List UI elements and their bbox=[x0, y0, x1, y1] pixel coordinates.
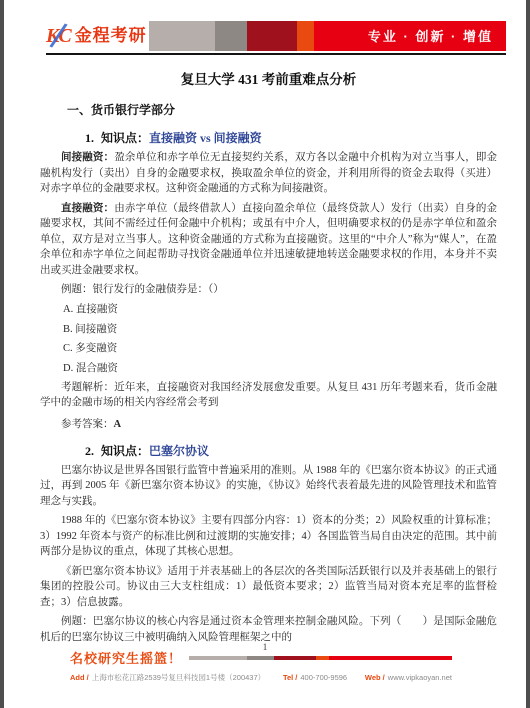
topic-2-title: 巴塞尔协议 bbox=[149, 444, 209, 458]
section-heading: 一、货币银行学部分 bbox=[67, 101, 497, 118]
address-value: 上海市松花江路2539号复旦科技园1号楼（200437） bbox=[92, 673, 265, 682]
footer-brand-row: 名校研究生摇篮！ bbox=[70, 648, 452, 667]
topic-2-paragraph-new-accord: 《新巴塞尔资本协议》适用于并表基础上的各层次的各类国际活跃银行以及并表基础上的银… bbox=[40, 564, 497, 611]
document-title: 复旦大学 431 考前重难点分析 bbox=[40, 68, 497, 88]
term-indirect-financing: 间接融资： bbox=[61, 152, 114, 163]
banner-segment-mid-gray bbox=[215, 21, 247, 51]
option-c: C. 多变融资 bbox=[63, 341, 497, 356]
footer-slogan: 名校研究生摇篮！ bbox=[70, 648, 182, 667]
banner-segment-dark-red bbox=[247, 21, 297, 51]
topic-1-paragraph-direct: 直接融资：由赤字单位（最终借款人）直接向盈余单位（最终贷款人）发行（出卖）自身的… bbox=[40, 201, 497, 279]
topic-2-paragraph-overview: 巴塞尔协议是世界各国银行监管中普遍采用的准则。从 1988 年的《巴塞尔资本协议… bbox=[40, 463, 497, 510]
topic-2-heading: 2.知识点：巴塞尔协议 bbox=[85, 442, 497, 459]
topic-1-label: 知识点： bbox=[101, 131, 149, 145]
option-b: B. 间接融资 bbox=[63, 322, 497, 337]
footer-line-orange bbox=[316, 656, 329, 660]
topic-1-title: 直接融资 vs 间接融资 bbox=[149, 131, 262, 145]
web-value: www.vipkaoyan.net bbox=[388, 673, 452, 682]
footer: 名校研究生摇篮！ Add /上海市松花江路2539号复旦科技园1号楼（20043… bbox=[70, 648, 452, 683]
footer-line-red bbox=[329, 656, 452, 660]
brand-name: 金程考研 bbox=[75, 24, 147, 48]
web-label: Web / bbox=[365, 673, 385, 682]
option-a: A. 直接融资 bbox=[63, 302, 497, 317]
topic-2-example-question: 例题：巴塞尔协议的核心内容是通过资本金管理来控制金融风险。下列（ ）是国际金融危… bbox=[40, 614, 497, 645]
tel-value: 400-700-9596 bbox=[300, 673, 347, 682]
topic-2-label: 知识点： bbox=[101, 444, 149, 458]
footer-divider-line bbox=[189, 656, 452, 660]
topic-1-heading: 1.知识点：直接融资 vs 间接融资 bbox=[85, 129, 497, 146]
term-direct-financing: 直接融资： bbox=[61, 203, 114, 214]
brand-logo: KC 金程考研 bbox=[46, 24, 147, 48]
header-slogan: 专业 · 创新 · 增值 bbox=[368, 26, 493, 45]
banner-segment-light-gray bbox=[149, 21, 215, 51]
footer-contact-row: Add /上海市松花江路2539号复旦科技园1号楼（200437） Tel /4… bbox=[70, 673, 452, 683]
document-body: 复旦大学 431 考前重难点分析 一、货币银行学部分 1.知识点：直接融资 vs… bbox=[0, 68, 530, 645]
topic-2-paragraph-1988: 1988 年的《巴塞尔资本协议》主要有四部分内容：1）资本的分类；2）风险权重的… bbox=[40, 513, 497, 560]
topic-1-analysis: 考题解析：近年来，直接融资对我国经济发展愈发重要。从复旦 431 历年考题来看，… bbox=[40, 380, 497, 411]
topic-1-answer: 参考答案：A bbox=[40, 416, 497, 431]
address-label: Add / bbox=[70, 673, 89, 682]
footer-line-dark-red bbox=[274, 656, 316, 660]
footer-address: Add /上海市松花江路2539号复旦科技园1号楼（200437） bbox=[70, 673, 265, 683]
answer-label: 参考答案： bbox=[61, 419, 114, 430]
banner-segment-orange bbox=[297, 21, 314, 51]
tel-label: Tel / bbox=[283, 673, 297, 682]
header: KC 金程考研 专业 · 创新 · 增值 bbox=[0, 0, 530, 51]
header-banner: 专业 · 创新 · 增值 bbox=[149, 21, 506, 51]
answer-value: A bbox=[114, 419, 122, 430]
topic-1-number: 1. bbox=[85, 131, 94, 145]
header-divider bbox=[46, 53, 506, 55]
page-edge-right bbox=[526, 0, 530, 708]
footer-telephone: Tel /400-700-9596 bbox=[283, 673, 347, 683]
topic-1-example-question: 例题：银行发行的金融债券是：（） bbox=[40, 282, 497, 298]
page-edge-left bbox=[0, 0, 4, 708]
footer-line-light-gray bbox=[189, 656, 247, 660]
footer-website: Web /www.vipkaoyan.net bbox=[365, 673, 452, 683]
footer-line-mid-gray bbox=[247, 656, 274, 660]
topic-2-number: 2. bbox=[85, 444, 94, 458]
topic-1-options: A. 直接融资 B. 间接融资 C. 多变融资 D. 混合融资 bbox=[63, 302, 497, 376]
banner-segment-red: 专业 · 创新 · 增值 bbox=[314, 21, 506, 51]
topic-1-paragraph-indirect: 间接融资：盈余单位和赤字单位无直接契约关系，双方各以金融中介机构为对立当事人，即… bbox=[40, 150, 497, 197]
option-d: D. 混合融资 bbox=[63, 361, 497, 376]
